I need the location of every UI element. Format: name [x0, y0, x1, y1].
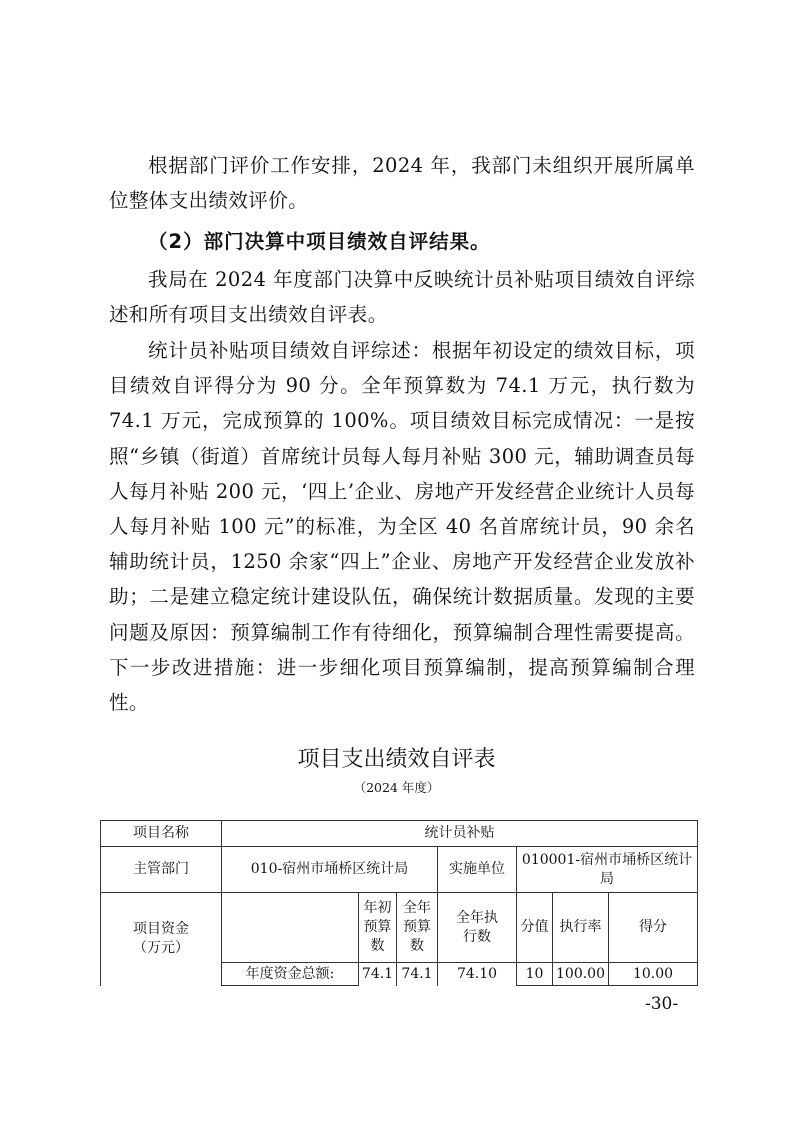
- header-exec-rate: 执行率: [553, 893, 609, 963]
- cell-score: 10.00: [609, 963, 698, 986]
- paragraph-intro: 我局在 2024 年度部门决算中反映统计员补贴项目绩效自评综述和所有项目支出绩效…: [109, 262, 695, 332]
- empty-header-cell: [222, 893, 359, 963]
- dept-label: 主管部门: [101, 847, 222, 893]
- table-subtitle: （2024 年度）: [0, 778, 793, 796]
- header-weight: 分值: [517, 893, 553, 963]
- dept-value: 010-宿州市埇桥区统计局: [222, 847, 438, 893]
- project-name-value: 统计员补贴: [222, 821, 698, 847]
- impl-label: 实施单位: [438, 847, 517, 893]
- cell-annual-exec: 74.10: [438, 963, 517, 986]
- paragraph-summary: 统计员补贴项目绩效自评综述：根据年初设定的绩效目标，项目绩效自评得分为 90 分…: [109, 333, 695, 720]
- page-number: -30-: [645, 994, 678, 1014]
- header-score: 得分: [609, 893, 698, 963]
- cell-exec-rate: 100.00: [553, 963, 609, 986]
- project-name-label: 项目名称: [101, 821, 222, 847]
- impl-value: 010001-宿州市埇桥区统计局: [517, 847, 698, 893]
- paragraph-dept-evaluation: 根据部门评价工作安排，2024 年，我部门未组织开展所属单位整体支出绩效评价。: [109, 148, 695, 218]
- section-heading: （2）部门决算中项目绩效自评结果。: [148, 226, 491, 254]
- header-annual-budget: 全年预算数: [397, 893, 438, 963]
- table-title: 项目支出绩效自评表: [0, 742, 793, 773]
- table-row: 项目资金（万元） 年初预算数 全年预算数 全年执行数 分值 执行率 得分: [101, 893, 698, 963]
- header-annual-exec: 全年执行数: [438, 893, 517, 963]
- performance-table: 项目名称 统计员补贴 主管部门 010-宿州市埇桥区统计局 实施单位 01000…: [100, 820, 698, 986]
- row-label: 年度资金总额:: [222, 963, 359, 986]
- table-row: 项目名称 统计员补贴: [101, 821, 698, 847]
- cell-annual-budget: 74.1: [397, 963, 438, 986]
- funds-label: 项目资金（万元）: [101, 893, 222, 986]
- table-row: 主管部门 010-宿州市埇桥区统计局 实施单位 010001-宿州市埇桥区统计局: [101, 847, 698, 893]
- cell-initial-budget: 74.1: [359, 963, 397, 986]
- header-initial-budget: 年初预算数: [359, 893, 397, 963]
- cell-weight: 10: [517, 963, 553, 986]
